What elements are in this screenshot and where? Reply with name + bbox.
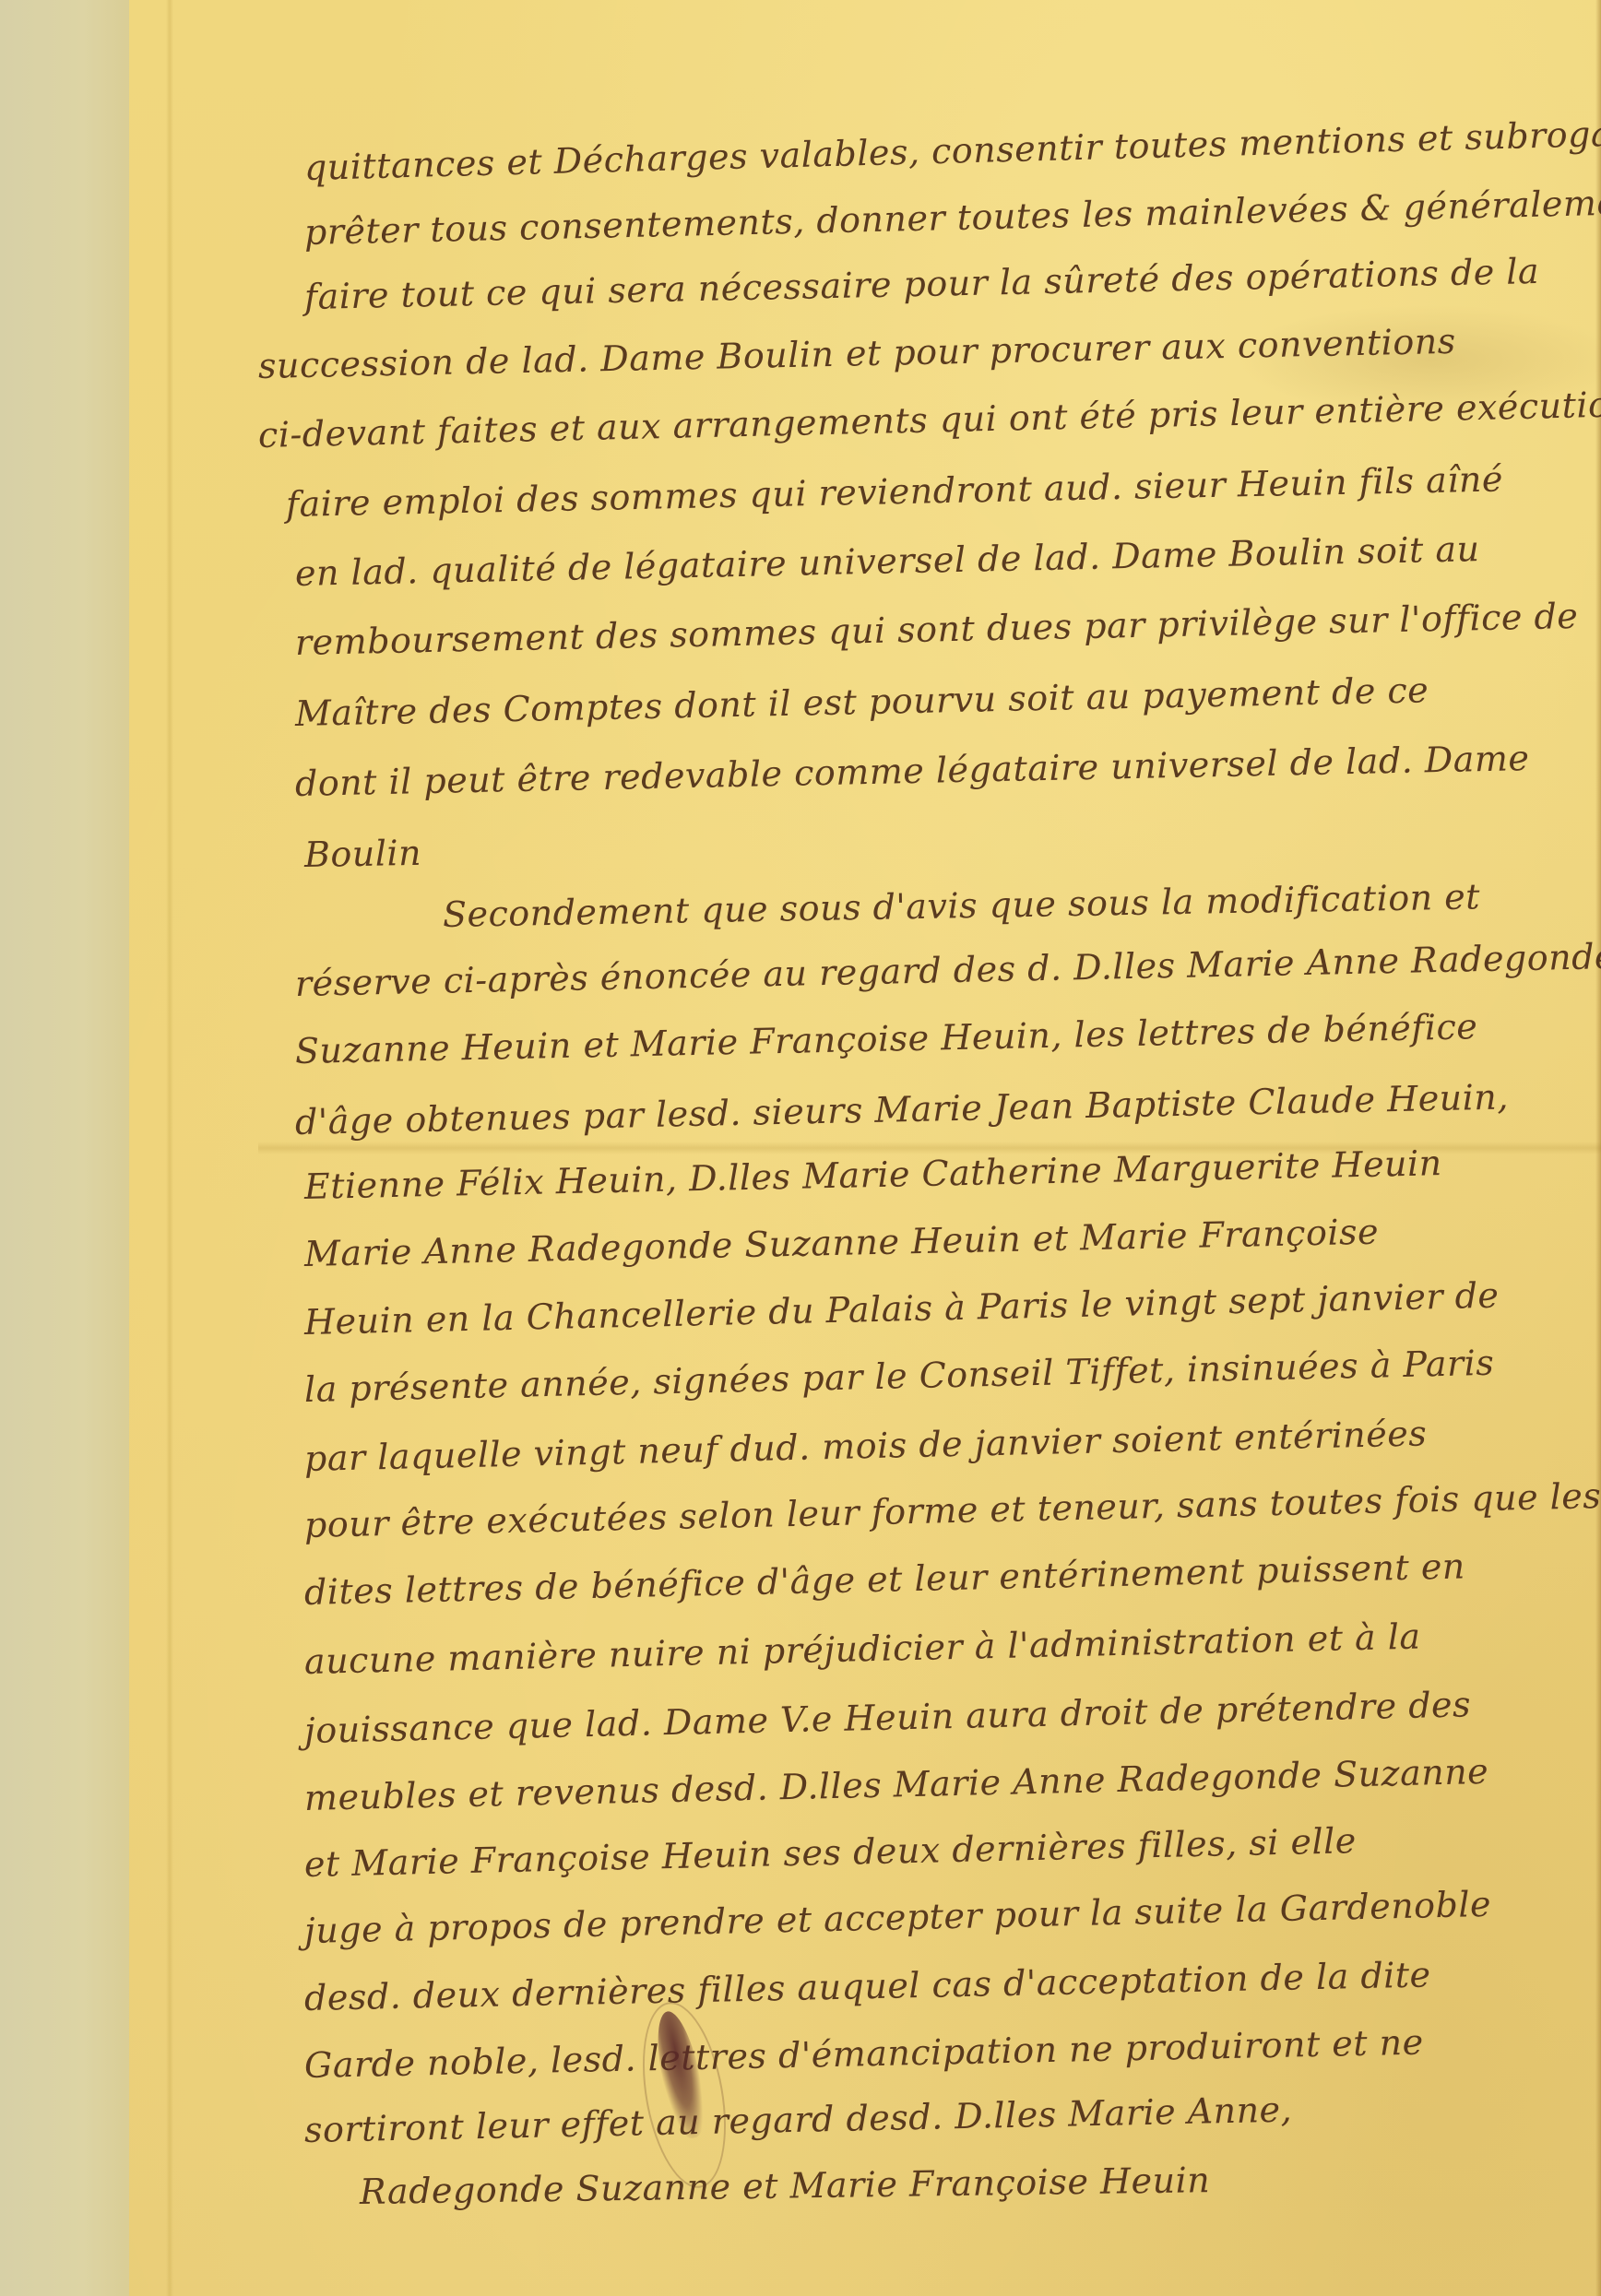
manuscript-line: Boulin	[304, 833, 422, 875]
vertical-fold	[166, 0, 173, 2296]
underlying-sheet	[0, 0, 138, 2296]
page-edge-shadow	[1595, 0, 1601, 2296]
